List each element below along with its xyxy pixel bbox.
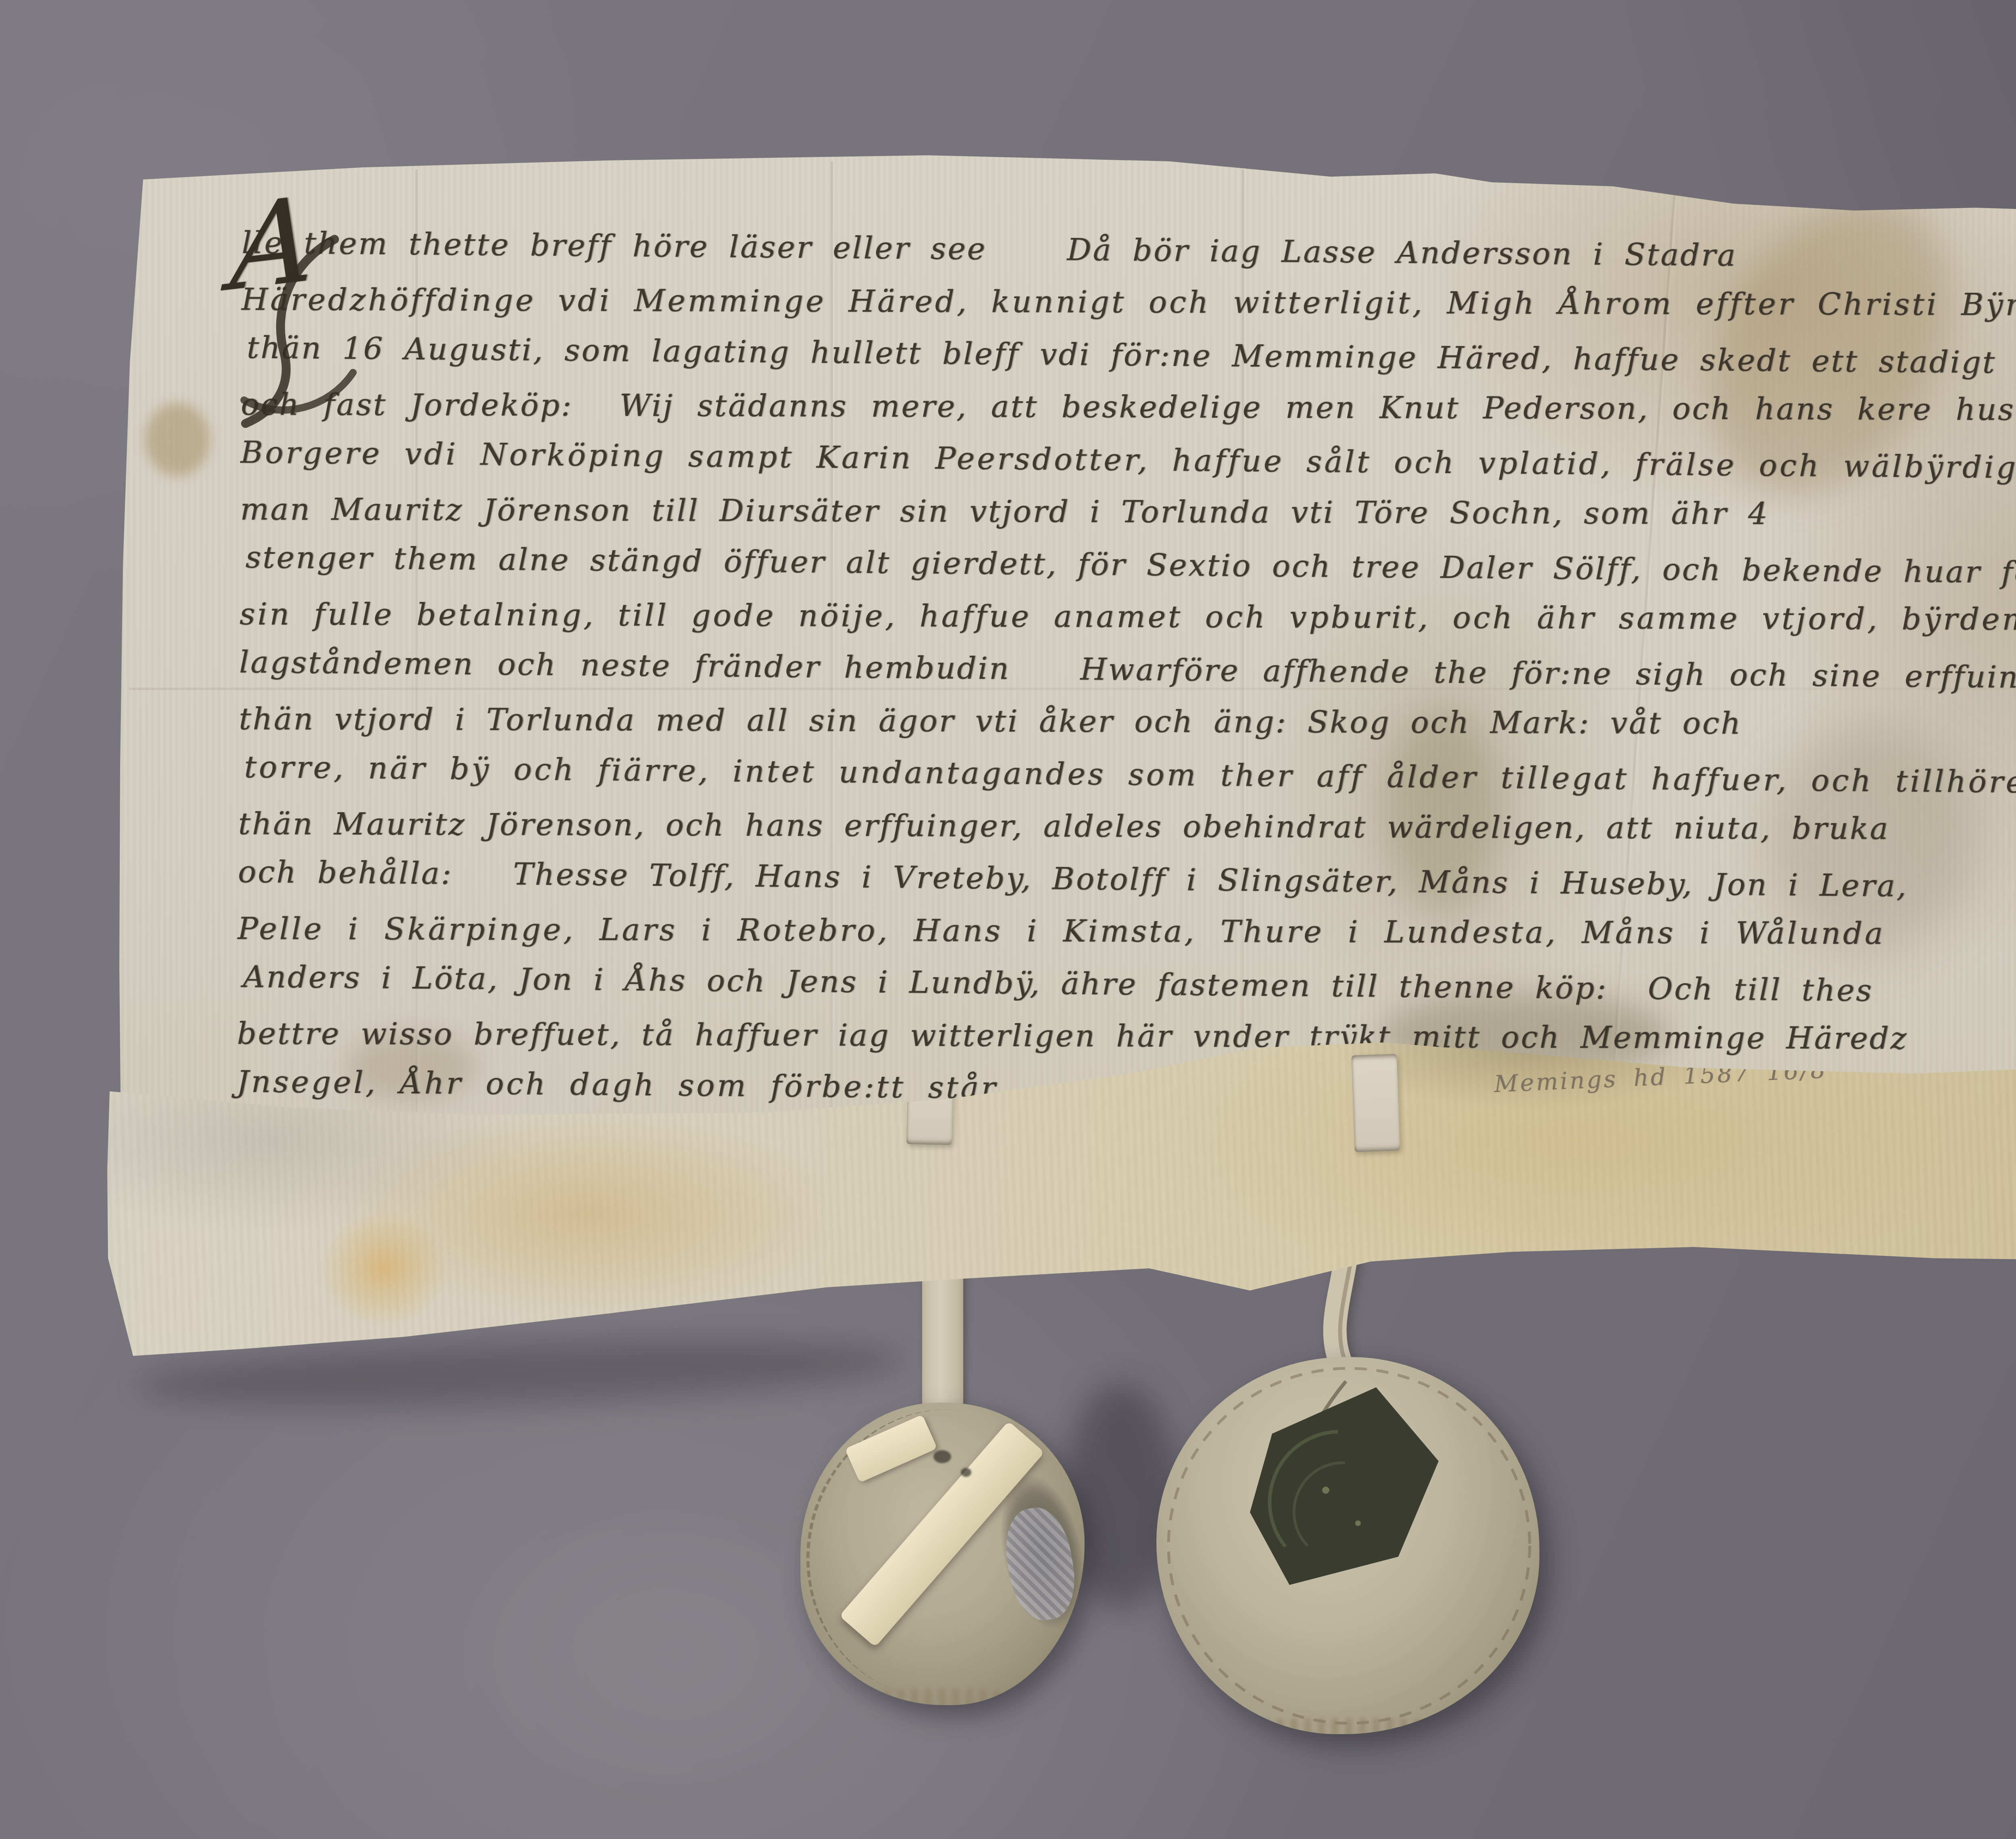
seal-speck bbox=[933, 1450, 951, 1463]
text-line: och fast Jordeköp: Wij städanns mere, at… bbox=[241, 378, 2016, 436]
stain bbox=[145, 403, 210, 476]
wax-highlight bbox=[1355, 1520, 1361, 1526]
text-line: sin fulle betalning, till gode nöije, ha… bbox=[240, 588, 2016, 646]
text-line: bettre wisso breffuet, tå haffuer iag wi… bbox=[237, 1007, 2016, 1065]
photo-backdrop: A lle them thette breff höre läser eller… bbox=[0, 0, 2016, 1839]
wax-highlight bbox=[1322, 1487, 1329, 1494]
text-line: Häredzhöffdinge vdi Memminge Häred, kunn… bbox=[242, 273, 2016, 331]
text-line: man Mauritz Jörenson till Diursäter sin … bbox=[240, 483, 2016, 541]
text-line: Pelle i Skärpinge, Lars i Rotebro, Hans … bbox=[237, 902, 2016, 960]
seal-speck bbox=[961, 1468, 971, 1477]
seal-tag-left bbox=[922, 1258, 963, 1428]
seal-face bbox=[1156, 1357, 1539, 1734]
wax-seal-left bbox=[800, 1403, 1085, 1705]
wax-seal-right bbox=[1156, 1357, 1539, 1734]
text-line: thän Mauritz Jörenson, och hans erffuing… bbox=[238, 797, 2016, 855]
text-line: thän vtjord i Torlunda med all sin ägor … bbox=[239, 692, 2016, 751]
manuscript-text: A lle them thette breff höre läser eller… bbox=[236, 218, 2016, 1120]
wax-window bbox=[1250, 1387, 1439, 1585]
tag-slit-right bbox=[1352, 1054, 1400, 1152]
